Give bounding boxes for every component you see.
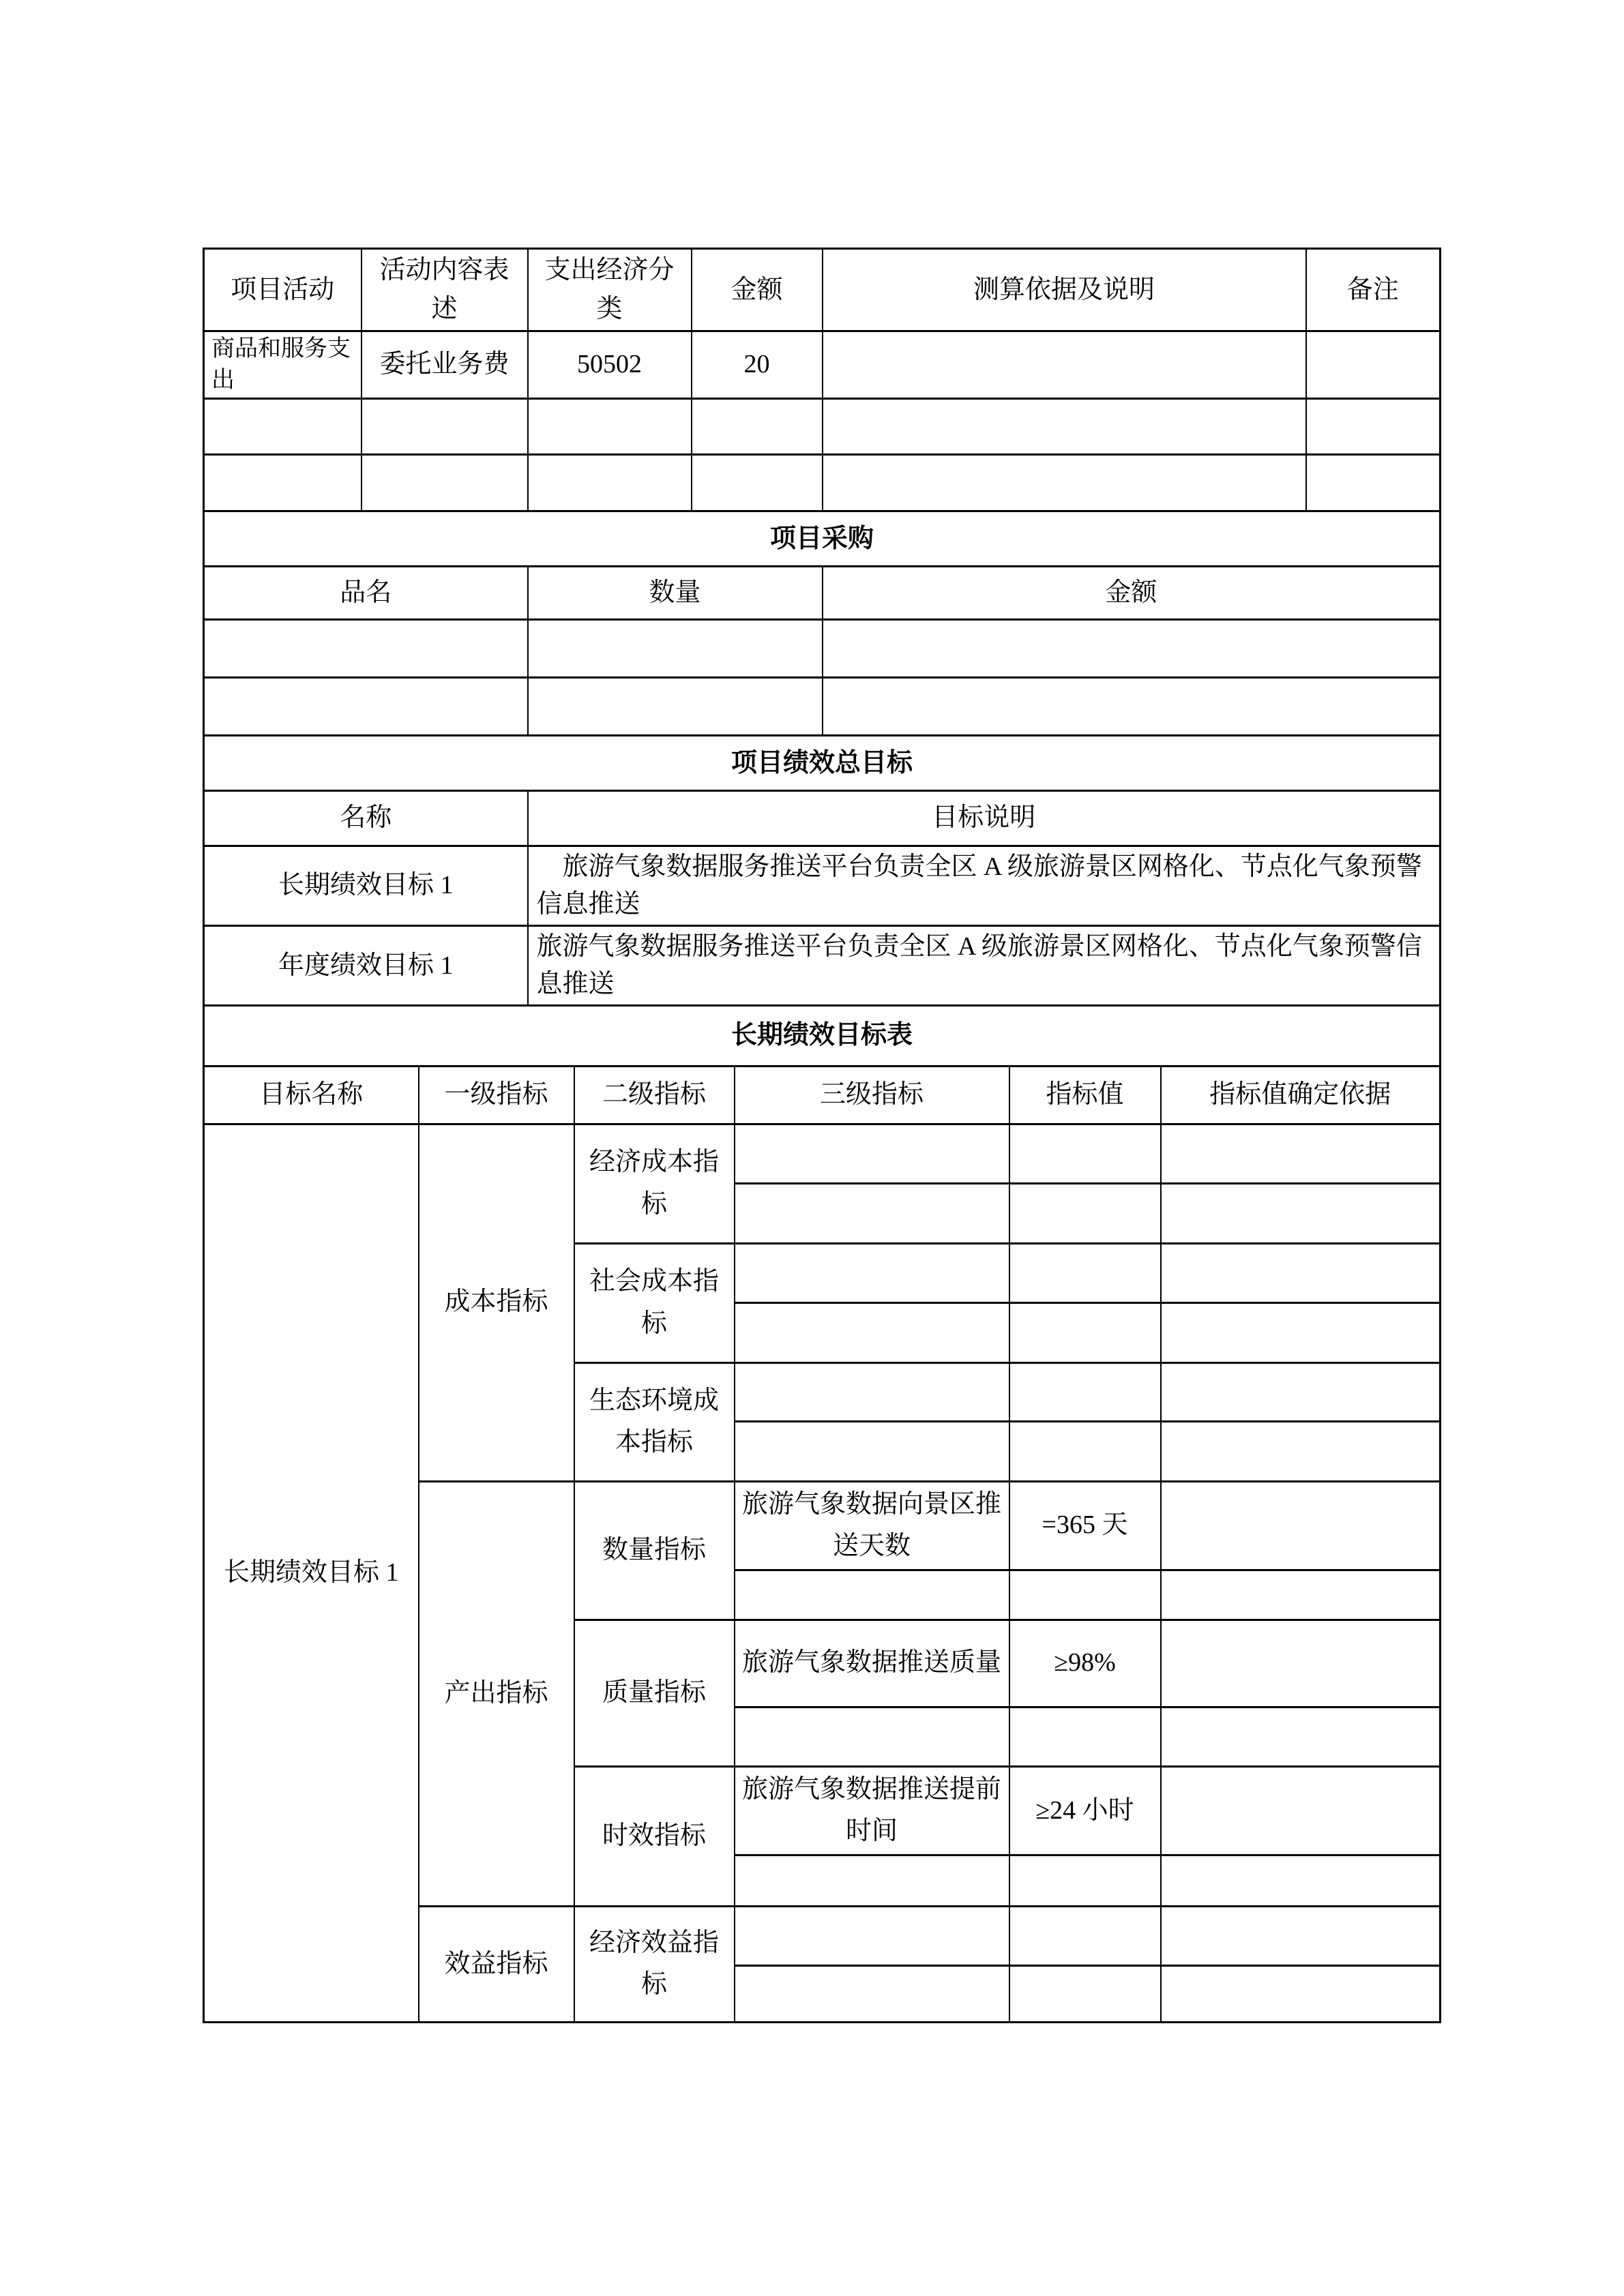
empty-cell xyxy=(735,1302,1009,1362)
level2-indicator-cell: 社会成本指标 xyxy=(574,1243,735,1362)
goal-description-cell: 旅游气象数据服务推送平台负责全区 A 级旅游景区网格化、节点化气象预警信息推送 xyxy=(528,925,1441,1005)
empty-row xyxy=(204,620,1441,678)
section-title-longterm: 长期绩效目标表 xyxy=(204,1007,1441,1066)
empty-cell xyxy=(692,398,823,454)
value-basis-cell xyxy=(1161,1620,1441,1707)
col-header-value-basis: 指标值确定依据 xyxy=(1161,1066,1441,1124)
empty-cell xyxy=(204,398,361,454)
empty-cell xyxy=(1009,1855,1161,1906)
empty-cell xyxy=(528,454,692,511)
empty-row xyxy=(204,678,1441,736)
empty-cell xyxy=(735,1362,1009,1421)
longterm-title-row: 长期绩效目标表 xyxy=(204,1007,1441,1066)
col-header-basis: 测算依据及说明 xyxy=(823,249,1306,331)
section-title-overall-goal: 项目绩效总目标 xyxy=(204,736,1441,790)
empty-cell xyxy=(735,1707,1009,1766)
col-header-level2: 二级指标 xyxy=(574,1066,735,1124)
empty-cell xyxy=(1161,1124,1441,1183)
indicator-value-cell: ≥98% xyxy=(1009,1620,1161,1707)
activity-header-row: 项目活动 活动内容表述 支出经济分类 金额 测算依据及说明 备注 xyxy=(204,249,1441,331)
section-title-procurement: 项目采购 xyxy=(204,512,1441,567)
empty-cell xyxy=(1009,1906,1161,1965)
procurement-title-row: 项目采购 xyxy=(204,512,1441,567)
empty-cell xyxy=(1161,1183,1441,1243)
note-cell xyxy=(1306,331,1441,399)
longterm-goal-row: 长期绩效目标 1 旅游气象数据服务推送平台负责全区 A 级旅游景区网格化、节点化… xyxy=(204,846,1441,925)
empty-cell xyxy=(1009,1183,1161,1243)
empty-cell xyxy=(1009,1570,1161,1620)
procurement-header-row: 品名 数量 金额 xyxy=(204,567,1441,620)
empty-cell xyxy=(1161,1421,1441,1481)
empty-cell xyxy=(1009,1302,1161,1362)
level2-indicator-cell: 经济效益指标 xyxy=(574,1906,735,2022)
col-header-level3: 三级指标 xyxy=(735,1066,1009,1124)
goal-name-cell: 长期绩效目标 1 xyxy=(204,846,528,925)
col-header-goal-description: 目标说明 xyxy=(528,790,1441,846)
longterm-header-row: 目标名称 一级指标 二级指标 三级指标 指标值 指标值确定依据 xyxy=(204,1066,1441,1124)
basis-cell xyxy=(823,331,1306,399)
goal-description-cell: 旅游气象数据服务推送平台负责全区 A 级旅游景区网格化、节点化气象预警信息推送 xyxy=(528,846,1441,925)
overall-goal-header-row: 名称 目标说明 xyxy=(204,790,1441,846)
level3-indicator-cell: 旅游气象数据向景区推送天数 xyxy=(735,1481,1009,1570)
empty-cell xyxy=(1161,1906,1441,1965)
empty-cell xyxy=(1161,1855,1441,1906)
empty-cell xyxy=(1161,1707,1441,1766)
value-basis-cell xyxy=(1161,1766,1441,1855)
empty-cell xyxy=(1009,1243,1161,1302)
empty-cell xyxy=(823,454,1306,511)
indicator-value-cell: =365 天 xyxy=(1009,1481,1161,1570)
col-header-activity-content: 活动内容表述 xyxy=(361,249,528,331)
col-header-goal-name: 名称 xyxy=(204,790,528,846)
procurement-table: 项目采购 品名 数量 金额 xyxy=(203,512,1441,737)
overall-goal-title-row: 项目绩效总目标 xyxy=(204,736,1441,790)
document-page: { "activity_table": { "headers": ["项目活动"… xyxy=(0,0,1624,2296)
col-header-quantity: 数量 xyxy=(528,567,823,620)
empty-cell xyxy=(735,1965,1009,2022)
empty-row xyxy=(204,398,1441,454)
level2-indicator-cell: 时效指标 xyxy=(574,1766,735,1906)
empty-cell xyxy=(1009,1124,1161,1183)
empty-row xyxy=(204,454,1441,511)
empty-cell xyxy=(735,1243,1009,1302)
level1-indicator-cell: 效益指标 xyxy=(419,1906,574,2022)
empty-cell xyxy=(1306,454,1441,511)
empty-cell xyxy=(204,454,361,511)
col-header-amount: 金额 xyxy=(823,567,1441,620)
empty-cell xyxy=(692,454,823,511)
amount-cell: 20 xyxy=(692,331,823,399)
goal-name-cell: 年度绩效目标 1 xyxy=(204,925,528,1005)
level2-indicator-cell: 数量指标 xyxy=(574,1481,735,1620)
empty-cell xyxy=(1306,398,1441,454)
col-header-level1: 一级指标 xyxy=(419,1066,574,1124)
empty-cell xyxy=(1161,1965,1441,2022)
empty-cell xyxy=(528,678,823,736)
level3-indicator-cell: 旅游气象数据推送质量 xyxy=(735,1620,1009,1707)
empty-cell xyxy=(1161,1570,1441,1620)
activity-content-cell: 委托业务费 xyxy=(361,331,528,399)
goal-name-cell: 长期绩效目标 1 xyxy=(204,1124,419,2022)
level2-indicator-cell: 生态环境成本指标 xyxy=(574,1362,735,1481)
longterm-goal-table: 长期绩效目标表 目标名称 一级指标 二级指标 三级指标 指标值 指标值确定依据 … xyxy=(203,1007,1441,2023)
col-header-goal-name: 目标名称 xyxy=(204,1066,419,1124)
empty-cell xyxy=(528,620,823,678)
activity-data-row: 商品和服务支出 委托业务费 50502 20 xyxy=(204,331,1441,399)
activity-budget-table: 项目活动 活动内容表述 支出经济分类 金额 测算依据及说明 备注 商品和服务支出… xyxy=(203,248,1441,512)
empty-cell xyxy=(823,620,1441,678)
document-body: 项目活动 活动内容表述 支出经济分类 金额 测算依据及说明 备注 商品和服务支出… xyxy=(203,248,1439,2023)
empty-cell xyxy=(1161,1243,1441,1302)
level2-indicator-cell: 质量指标 xyxy=(574,1620,735,1766)
indicator-value-cell: ≥24 小时 xyxy=(1009,1766,1161,1855)
empty-cell xyxy=(204,620,528,678)
indicator-row: 长期绩效目标 1 成本指标 经济成本指标 xyxy=(204,1124,1441,1183)
empty-cell xyxy=(735,1855,1009,1906)
empty-cell xyxy=(1009,1707,1161,1766)
overall-goal-table: 项目绩效总目标 名称 目标说明 长期绩效目标 1 旅游气象数据服务推送平台负责全… xyxy=(203,736,1441,1007)
empty-cell xyxy=(735,1183,1009,1243)
empty-cell xyxy=(361,454,528,511)
empty-cell xyxy=(823,678,1441,736)
empty-cell xyxy=(735,1124,1009,1183)
empty-cell xyxy=(735,1570,1009,1620)
annual-goal-row: 年度绩效目标 1 旅游气象数据服务推送平台负责全区 A 级旅游景区网格化、节点化… xyxy=(204,925,1441,1005)
empty-cell xyxy=(1161,1302,1441,1362)
empty-cell xyxy=(361,398,528,454)
col-header-item-name: 品名 xyxy=(204,567,528,620)
empty-cell xyxy=(1009,1965,1161,2022)
level2-indicator-cell: 经济成本指标 xyxy=(574,1124,735,1243)
level3-indicator-cell: 旅游气象数据推送提前时间 xyxy=(735,1766,1009,1855)
empty-cell xyxy=(1161,1362,1441,1421)
col-header-indicator-value: 指标值 xyxy=(1009,1066,1161,1124)
empty-cell xyxy=(204,678,528,736)
level1-indicator-cell: 产出指标 xyxy=(419,1481,574,1906)
col-header-amount: 金额 xyxy=(692,249,823,331)
empty-cell xyxy=(735,1906,1009,1965)
empty-cell xyxy=(823,398,1306,454)
col-header-note: 备注 xyxy=(1306,249,1441,331)
col-header-project-activity: 项目活动 xyxy=(204,249,361,331)
level1-indicator-cell: 成本指标 xyxy=(419,1124,574,1481)
economic-class-cell: 50502 xyxy=(528,331,692,399)
col-header-economic-class: 支出经济分类 xyxy=(528,249,692,331)
empty-cell xyxy=(735,1421,1009,1481)
empty-cell xyxy=(528,398,692,454)
empty-cell xyxy=(1009,1362,1161,1421)
value-basis-cell xyxy=(1161,1481,1441,1570)
empty-cell xyxy=(1009,1421,1161,1481)
expense-category-cell: 商品和服务支出 xyxy=(204,331,361,399)
